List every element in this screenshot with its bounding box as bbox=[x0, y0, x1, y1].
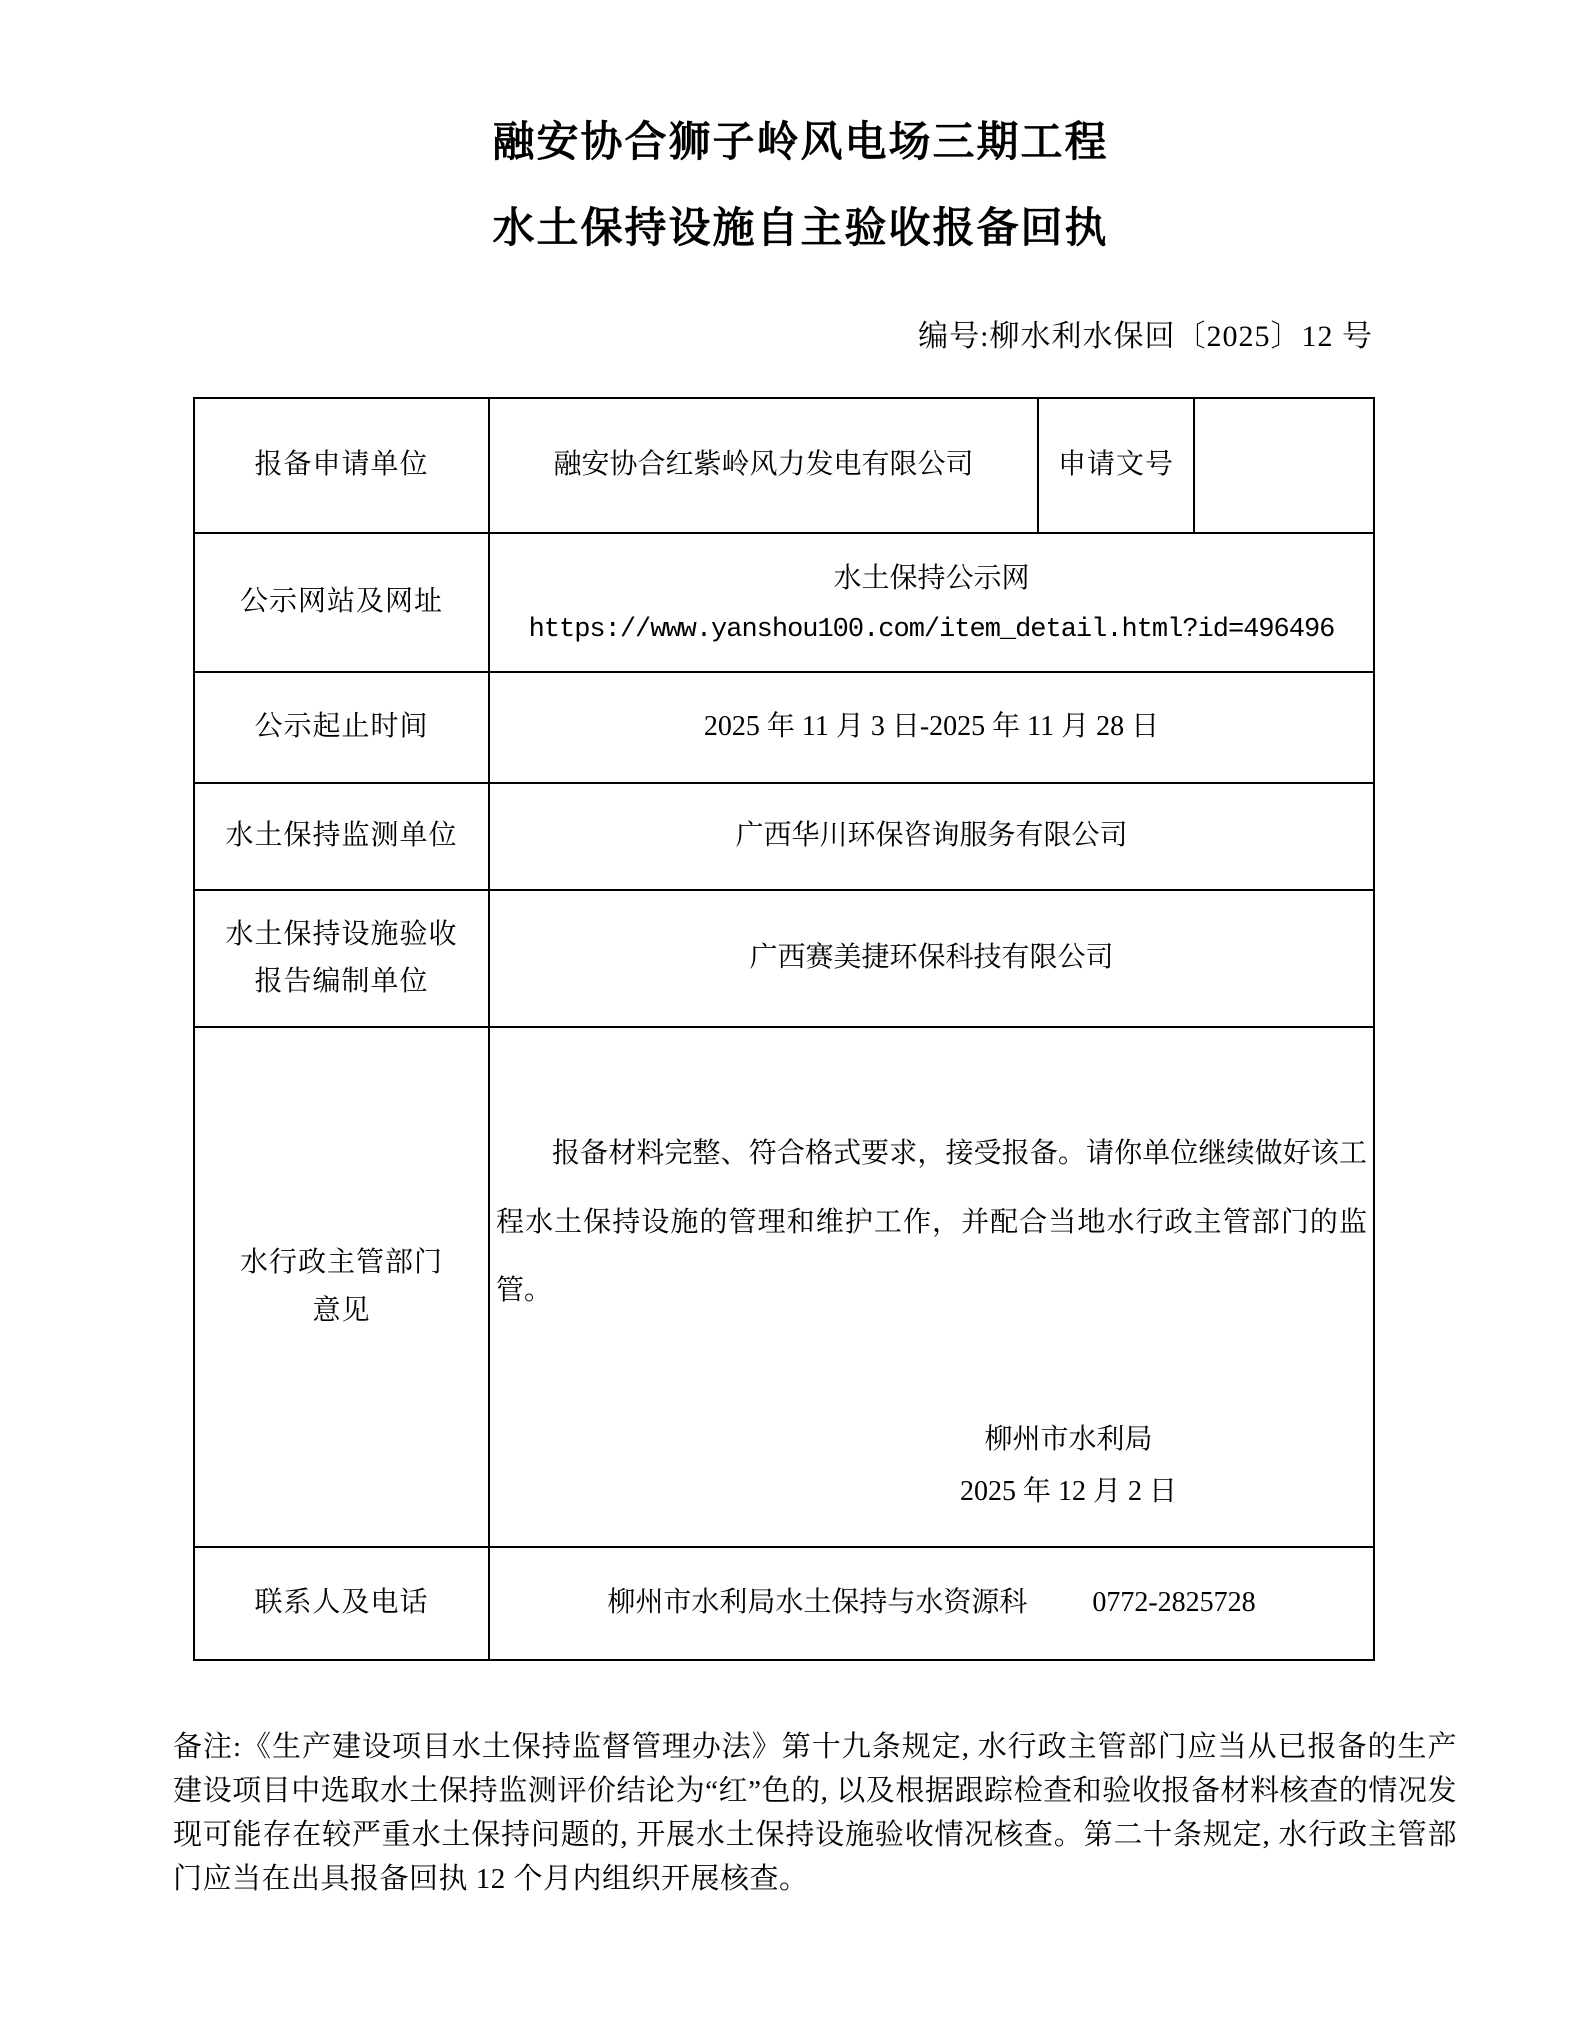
document-title-line2: 水土保持设施自主验收报备回执 bbox=[193, 204, 1373, 254]
report-unit-label-line2: 报告编制单位 bbox=[201, 958, 482, 1006]
opinion-text: 报备材料完整、符合格式要求，接受报备。请你单位继续做好该工程水土保持设施的管理和… bbox=[496, 1056, 1367, 1326]
contact-label: 联系人及电话 bbox=[194, 1547, 489, 1660]
report-unit-value: 广西赛美捷环保科技有限公司 bbox=[489, 890, 1374, 1027]
opinion-label: 水行政主管部门 意见 bbox=[194, 1027, 489, 1547]
signature-authority: 柳州市水利局 bbox=[960, 1414, 1177, 1466]
opinion-value: 报备材料完整、符合格式要求，接受报备。请你单位继续做好该工程水土保持设施的管理和… bbox=[489, 1027, 1374, 1547]
contact-department: 柳州市水利局水土保持与水资源科 bbox=[607, 1587, 1027, 1618]
row-website: 公示网站及网址 水土保持公示网 https://www.yanshou100.c… bbox=[194, 533, 1374, 672]
period-label: 公示起止时间 bbox=[194, 672, 489, 783]
website-label: 公示网站及网址 bbox=[194, 533, 489, 672]
footnote: 备注:《生产建设项目水土保持监督管理办法》第十九条规定, 水行政主管部门应当从已… bbox=[173, 1725, 1457, 1901]
filing-receipt-table: 报备申请单位 融安协合红紫岭风力发电有限公司 申请文号 公示网站及网址 水土保持… bbox=[193, 397, 1375, 1661]
document-content: 融安协合狮子岭风电场三期工程 水土保持设施自主验收报备回执 编号:柳水利水保回〔… bbox=[193, 0, 1373, 1661]
application-number-label: 申请文号 bbox=[1038, 398, 1194, 533]
applicant-value: 融安协合红紫岭风力发电有限公司 bbox=[489, 398, 1038, 533]
application-number-value bbox=[1194, 398, 1374, 533]
row-monitoring-unit: 水土保持监测单位 广西华川环保咨询服务有限公司 bbox=[194, 783, 1374, 890]
document-page: 融安协合狮子岭风电场三期工程 水土保持设施自主验收报备回执 编号:柳水利水保回〔… bbox=[0, 0, 1587, 2033]
row-contact: 联系人及电话 柳州市水利局水土保持与水资源科 0772-2825728 bbox=[194, 1547, 1374, 1660]
contact-phone: 0772-2825728 bbox=[1092, 1587, 1255, 1618]
document-number: 编号:柳水利水保回〔2025〕12 号 bbox=[193, 311, 1373, 355]
applicant-label: 报备申请单位 bbox=[194, 398, 489, 533]
signature-block: 柳州市水利局 2025 年 12 月 2 日 bbox=[960, 1414, 1177, 1518]
monitor-value: 广西华川环保咨询服务有限公司 bbox=[489, 783, 1374, 890]
website-value: 水土保持公示网 https://www.yanshou100.com/item_… bbox=[489, 533, 1374, 672]
website-url: https://www.yanshou100.com/item_detail.h… bbox=[496, 605, 1367, 656]
website-site-name: 水土保持公示网 bbox=[496, 552, 1367, 605]
row-authority-opinion: 水行政主管部门 意见 报备材料完整、符合格式要求，接受报备。请你单位继续做好该工… bbox=[194, 1027, 1374, 1547]
contact-value: 柳州市水利局水土保持与水资源科 0772-2825728 bbox=[489, 1547, 1374, 1660]
report-unit-label-line1: 水土保持设施验收 bbox=[201, 911, 482, 959]
report-unit-label: 水土保持设施验收 报告编制单位 bbox=[194, 890, 489, 1027]
row-report-unit: 水土保持设施验收 报告编制单位 广西赛美捷环保科技有限公司 bbox=[194, 890, 1374, 1027]
period-value: 2025 年 11 月 3 日-2025 年 11 月 28 日 bbox=[489, 672, 1374, 783]
row-publicity-period: 公示起止时间 2025 年 11 月 3 日-2025 年 11 月 28 日 bbox=[194, 672, 1374, 783]
signature-date: 2025 年 12 月 2 日 bbox=[960, 1466, 1177, 1518]
monitor-label: 水土保持监测单位 bbox=[194, 783, 489, 890]
document-title-line1: 融安协合狮子岭风电场三期工程 bbox=[193, 0, 1373, 168]
row-applicant: 报备申请单位 融安协合红紫岭风力发电有限公司 申请文号 bbox=[194, 398, 1374, 533]
opinion-label-line1: 水行政主管部门 bbox=[201, 1239, 482, 1287]
opinion-label-line2: 意见 bbox=[201, 1287, 482, 1335]
